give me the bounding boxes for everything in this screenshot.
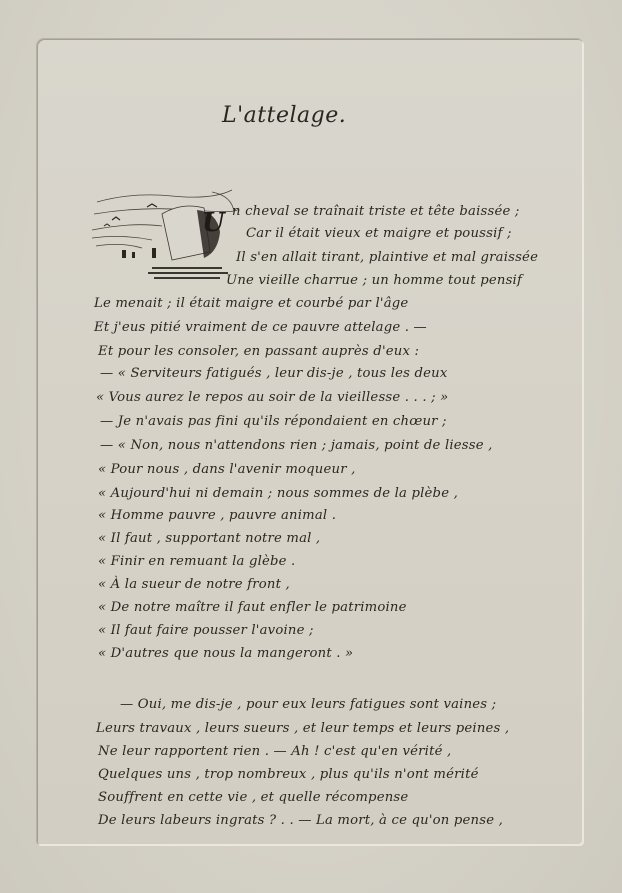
poem-line: n cheval se traînait triste et tête bais…: [232, 204, 519, 219]
poem-line: « Pour nous , dans l'avenir moqueur ,: [98, 462, 356, 477]
drop-cap-letter: U: [202, 208, 225, 238]
poem-line: Ne leur rapportent rien . — Ah ! c'est q…: [98, 744, 451, 759]
poem-line: Car il était vieux et maigre et poussif …: [246, 226, 512, 241]
poem-line: — Oui, me dis-je , pour eux leurs fatigu…: [120, 697, 496, 712]
poem-line: « Il faut , supportant notre mal ,: [98, 531, 320, 546]
poem-line: « Vous aurez le repos au soir de la viei…: [96, 390, 448, 405]
poem-line: « Aujourd'hui ni demain ; nous sommes de…: [98, 486, 458, 501]
poem-line: Une vieille charrue ; un homme tout pens…: [226, 273, 522, 288]
poem-line: « D'autres que nous la mangeront . »: [98, 646, 353, 661]
poem-line: « À la sueur de notre front ,: [98, 577, 290, 592]
poem-line: Il s'en allait tirant, plaintive et mal …: [236, 250, 538, 265]
poem-line: Souffrent en cette vie , et quelle récom…: [98, 790, 408, 805]
poem-line: De leurs labeurs ingrats ? . . — La mort…: [98, 813, 503, 828]
poem-line: — « Non, nous n'attendons rien ; jamais,…: [100, 438, 493, 453]
poem-line: Quelques uns , trop nombreux , plus qu'i…: [98, 767, 479, 782]
poem-line: « De notre maître il faut enfler le patr…: [98, 600, 407, 615]
poem-line: — Je n'avais pas fini qu'ils répondaient…: [100, 414, 447, 429]
poem-line: « Il faut faire pousser l'avoine ;: [98, 623, 314, 638]
poem-title: L'attelage.: [222, 103, 346, 128]
poem-line: Leurs travaux , leurs sueurs , et leur t…: [96, 721, 509, 736]
poem-line: Le menait ; il était maigre et courbé pa…: [94, 296, 408, 311]
poem-line: « Homme pauvre , pauvre animal .: [98, 508, 336, 523]
poem-line: « Finir en remuant la glèbe .: [98, 554, 295, 569]
poem-line: — « Serviteurs fatigués , leur dis-je , …: [100, 366, 447, 381]
poem-line: Et j'eus pitié vraiment de ce pauvre att…: [94, 320, 427, 335]
poem-line: Et pour les consoler, en passant auprès …: [98, 344, 419, 359]
